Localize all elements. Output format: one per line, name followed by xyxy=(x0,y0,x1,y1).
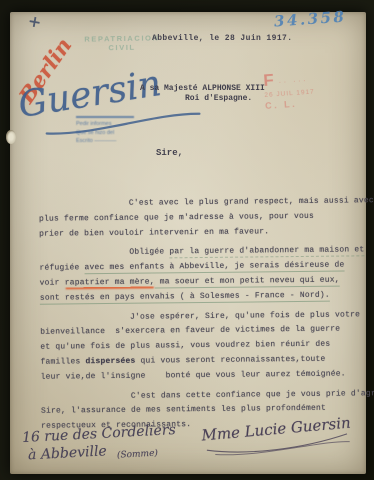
sender-address-department: (Somme) xyxy=(117,449,158,461)
letter-body: C'est avec le plus grand respect, mais a… xyxy=(39,194,367,434)
sender-address-city: à Abbeville xyxy=(28,443,107,463)
red-stamp-smudge: ·· ··· xyxy=(278,75,308,87)
letter-line: leur vie,de l'insigne bonté que vous leu… xyxy=(41,367,367,385)
letter-line: prier de bien vouloir intervenir en ma f… xyxy=(39,224,365,242)
scanned-letter-image: + Berlin 34.358 REPATRIACION CIVIL Abbev… xyxy=(0,0,374,480)
dateline: Abbeville, le 28 Juin 1917. xyxy=(152,34,292,43)
blue-stamp-rule xyxy=(76,116,134,118)
recipient-line1: A sa Majesté ALPHONSE XIII xyxy=(140,84,265,93)
blue-office-stamp: Pedir informes Que se hizo del Escrito —… xyxy=(76,116,152,146)
letter-paper: + Berlin 34.358 REPATRIACION CIVIL Abbev… xyxy=(10,12,366,474)
archive-cross-mark: + xyxy=(26,11,43,32)
blue-stamp-line3: Escrito ———— xyxy=(76,137,152,146)
salutation: Sire, xyxy=(156,148,183,158)
repatriation-stamp-line2: CIVIL xyxy=(74,42,170,53)
red-receipt-stamp: F ·· ··· 26 JUIL 1917 C. L. xyxy=(263,65,352,111)
archive-number: 34.358 xyxy=(273,7,347,30)
letter-line: C'est avec le plus grand respect, mais a… xyxy=(129,194,365,211)
blue-stamp-line2: Que se hizo del xyxy=(76,129,152,138)
letter-line: C'est dans cette confiance que je vous p… xyxy=(131,387,367,404)
paper-tear xyxy=(6,130,16,144)
letter-line: sont restés en pays envahis ( à Solesmes… xyxy=(40,288,366,306)
recipient-line2: Roi d'Espagne. xyxy=(185,94,252,103)
red-stamp-letter: F xyxy=(263,70,275,90)
blue-stamp-line1: Pedir informes xyxy=(76,120,152,129)
